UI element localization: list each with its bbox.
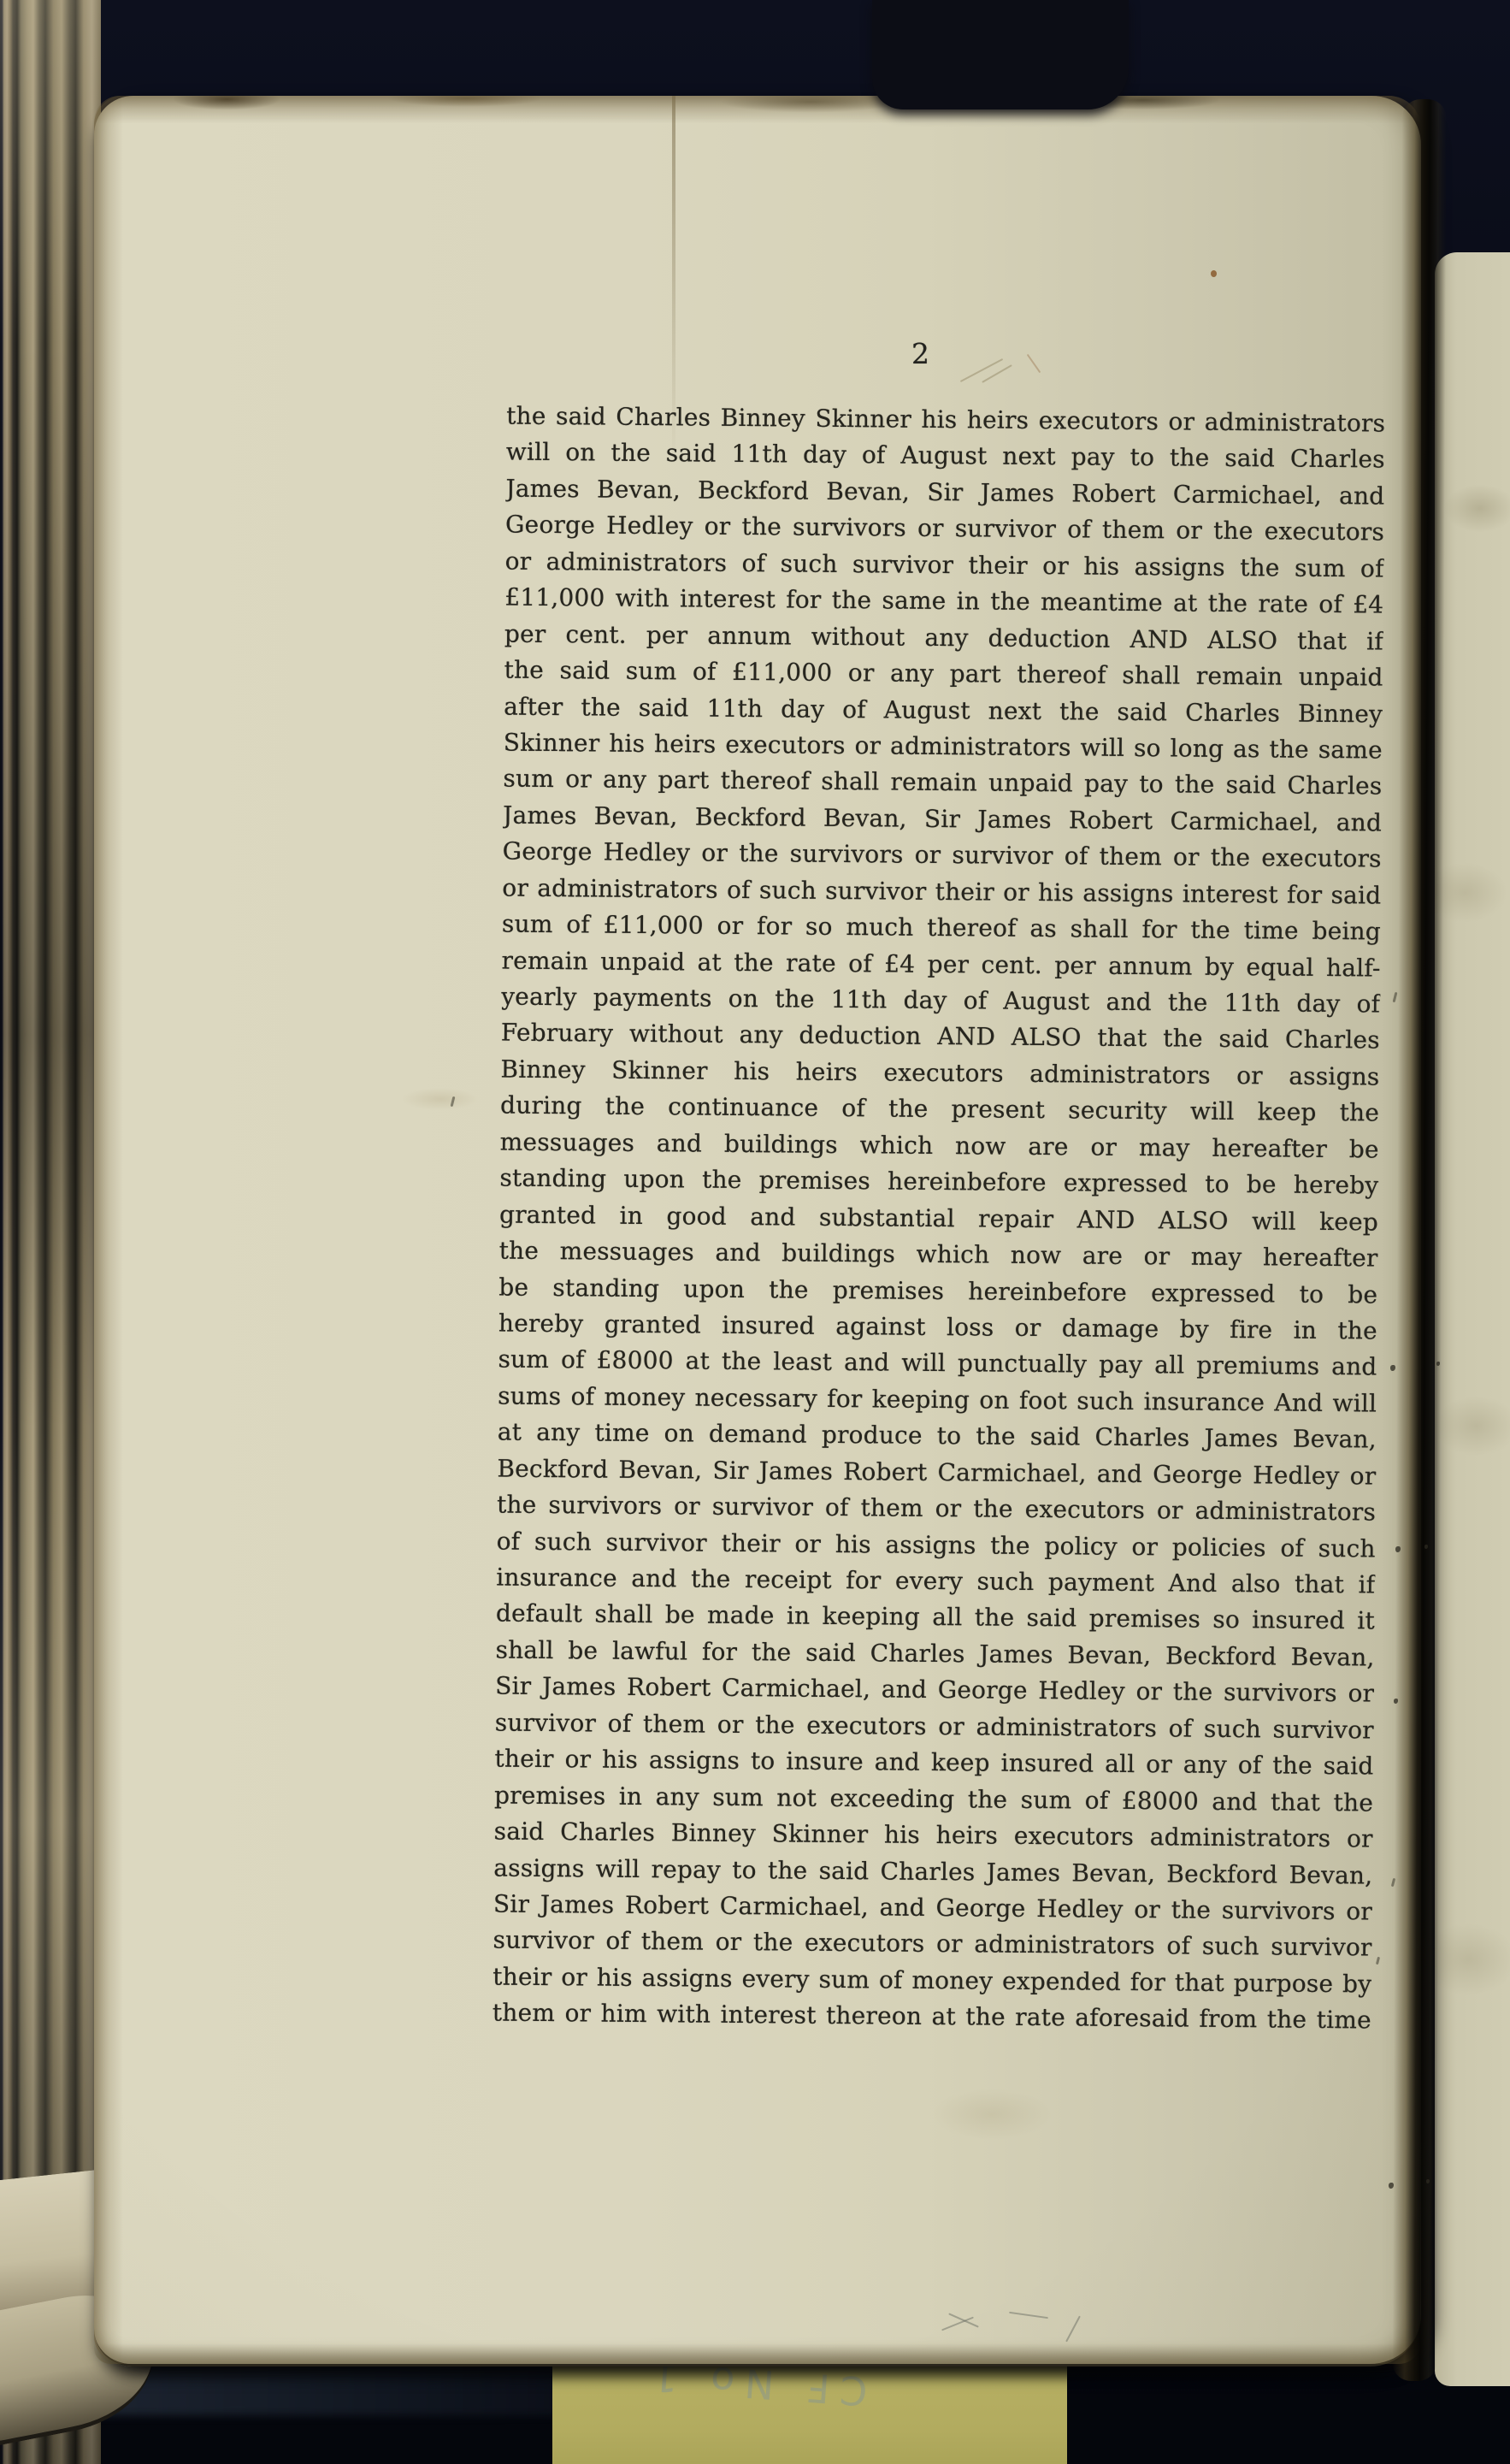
page-number: 2 — [911, 337, 929, 370]
torn-page-stubs — [0, 0, 101, 2464]
text-block: the said Charles Binney Skinner his heir… — [493, 399, 1386, 2040]
paper-stain — [402, 1088, 479, 1110]
page-bottom-soiling — [94, 2342, 1421, 2364]
yellow-archive-slip: CF No 1 — [552, 2354, 1067, 2464]
page-left-soiling — [94, 96, 123, 2364]
cover-overhang-shadow — [872, 0, 1129, 109]
foxing-spot — [1211, 270, 1217, 277]
paper-stain — [932, 2089, 1052, 2140]
page-top-soiling — [94, 96, 1421, 128]
underlying-page-edge — [1435, 252, 1510, 2386]
book-scan: CF No 1 2 the said Charles Binney Skinne… — [0, 0, 1510, 2464]
text-line: them or him with interest thereon at the… — [493, 1995, 1371, 2039]
